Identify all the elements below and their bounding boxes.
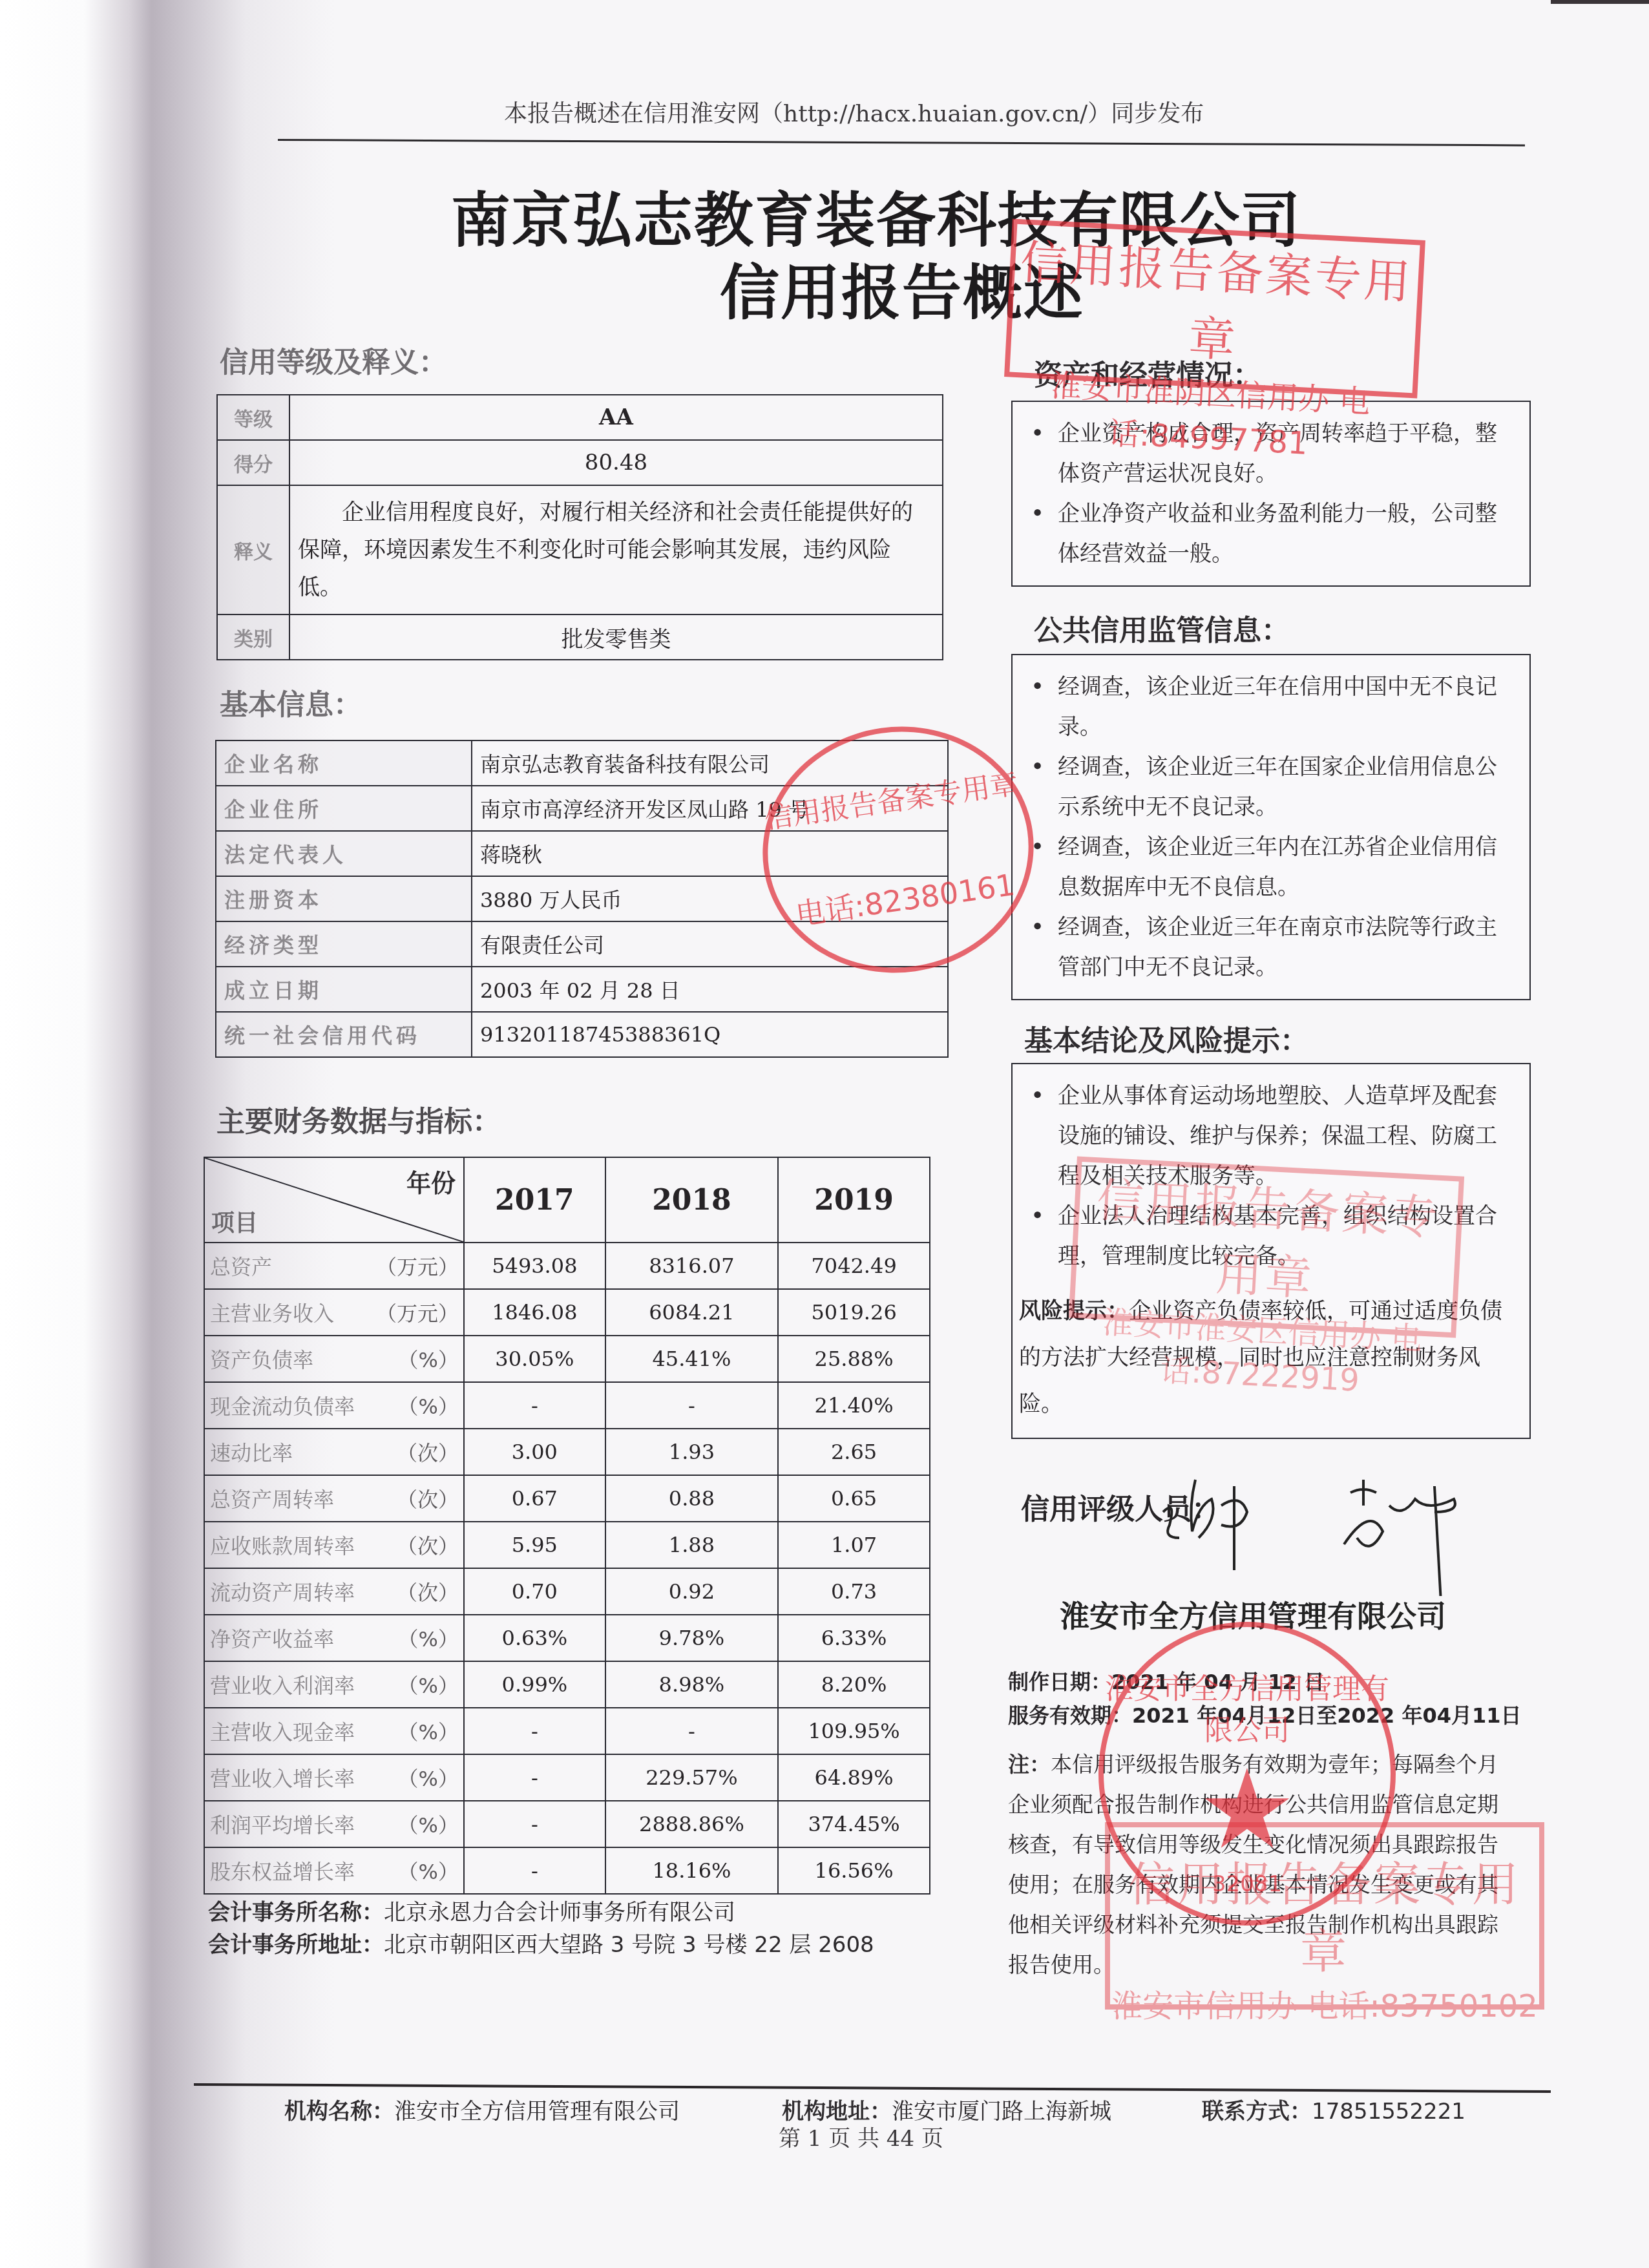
financial-value: 0.67 bbox=[464, 1475, 605, 1522]
financial-item: 主营收入现金率（%） bbox=[204, 1708, 464, 1754]
financial-value: - bbox=[605, 1382, 778, 1429]
financial-item-name: 现金流动负债率 bbox=[210, 1394, 355, 1419]
corner-cell: 年份 项目 bbox=[204, 1157, 464, 1243]
basic-info-value: 2003 年 02 月 28 日 bbox=[472, 967, 948, 1012]
score-row: 得分 80.48 bbox=[217, 440, 943, 485]
financial-row: 现金流动负债率（%）--21.40% bbox=[204, 1382, 930, 1429]
financial-item-unit: （%） bbox=[398, 1809, 463, 1839]
accounting-firm-address: 会计事务所地址：北京市朝阳区西大望路 3 号院 3 号楼 22 层 2608 bbox=[208, 1927, 874, 1958]
conclusion-heading: 基本结论及风险提示： bbox=[1024, 1018, 1308, 1059]
financial-header-row: 年份 项目 2017 2018 2019 bbox=[204, 1157, 930, 1243]
financial-table: 年份 项目 2017 2018 2019 总资产（万元）5493.088316.… bbox=[204, 1157, 930, 1895]
financial-value: 6084.21 bbox=[605, 1289, 778, 1336]
public-credit-list: 经调查，该企业近三年在信用中国中无不良记录。经调查，该企业近三年在国家企业信用信… bbox=[1013, 655, 1529, 999]
financial-item: 净资产收益率（%） bbox=[204, 1615, 464, 1661]
year-axis-label: 年份 bbox=[406, 1163, 456, 1199]
financial-value: 5.95 bbox=[464, 1522, 605, 1568]
financial-value: - bbox=[464, 1754, 605, 1801]
note-label: 注： bbox=[1008, 1752, 1051, 1777]
financial-value: 0.65 bbox=[778, 1475, 930, 1522]
basic-info-value: 南京弘志教育装备科技有限公司 bbox=[472, 740, 948, 786]
credit-grade-heading: 信用等级及释义： bbox=[220, 339, 447, 381]
year-header: 2018 bbox=[605, 1157, 778, 1243]
financial-item-name: 应收账款周转率 bbox=[210, 1534, 355, 1559]
category-row: 类别 批发零售类 bbox=[217, 614, 943, 660]
basic-info-label: 企业名称 bbox=[216, 740, 472, 786]
basic-info-label: 企业住所 bbox=[216, 786, 472, 831]
financial-value: 18.16% bbox=[605, 1847, 778, 1894]
valid-period-label: 服务有效期： bbox=[1008, 1703, 1132, 1728]
footer-contact-value: 17851552221 bbox=[1312, 2099, 1465, 2125]
financials-heading: 主要财务数据与指标： bbox=[216, 1098, 501, 1140]
financial-value: 2.65 bbox=[778, 1429, 930, 1475]
definition-value: 企业信用程度良好，对履行相关经济和社会责任能提供好的保障，环境因素发生不利变化时… bbox=[289, 485, 943, 614]
financial-row: 总资产周转率（次）0.670.880.65 bbox=[204, 1475, 930, 1522]
financial-item-name: 主营收入现金率 bbox=[210, 1720, 355, 1745]
financial-value: 45.41% bbox=[605, 1336, 778, 1382]
bullet-item: 企业资产构成合理，资产周转率趋于平稳，整体资产营运状况良好。 bbox=[1027, 414, 1517, 494]
financial-value: 25.88% bbox=[778, 1336, 930, 1382]
financial-item: 总资产周转率（次） bbox=[204, 1475, 464, 1522]
basic-info-row: 企业名称南京弘志教育装备科技有限公司 bbox=[216, 740, 948, 786]
item-axis-label: 项目 bbox=[211, 1205, 258, 1238]
financial-item-name: 总资产 bbox=[210, 1255, 272, 1279]
financial-item: 股东权益增长率（%） bbox=[204, 1847, 464, 1894]
assets-operations-list: 企业资产构成合理，资产周转率趋于平稳，整体资产营运状况良好。企业净资产收益和业务… bbox=[1013, 402, 1529, 585]
financial-value: 2888.86% bbox=[605, 1801, 778, 1847]
financial-item-unit: （次） bbox=[397, 1530, 463, 1560]
financial-value: 3.00 bbox=[464, 1429, 605, 1475]
basic-info-label: 注册资本 bbox=[216, 876, 472, 921]
financial-row: 营业收入增长率（%）-229.57%64.89% bbox=[204, 1754, 930, 1801]
financial-item: 主营业务收入（万元） bbox=[204, 1289, 464, 1336]
footer-org-label: 机构名称： bbox=[284, 2099, 394, 2125]
financial-item-unit: （次） bbox=[397, 1484, 463, 1513]
financial-item-name: 营业收入增长率 bbox=[210, 1767, 355, 1791]
financial-value: 0.63% bbox=[464, 1615, 605, 1661]
financial-item-unit: （次） bbox=[397, 1437, 463, 1467]
financial-item: 应收账款周转率（次） bbox=[204, 1522, 464, 1568]
conclusion-list: 企业从事体育运动场地塑胶、人造草坪及配套设施的铺设、维护与保养；保温工程、防腐工… bbox=[1013, 1064, 1529, 1288]
accounting-firm-address-label: 会计事务所地址： bbox=[208, 1932, 384, 1958]
assets-operations-heading: 资产和经营情况： bbox=[1034, 352, 1261, 394]
financial-item-unit: （%） bbox=[398, 1763, 463, 1792]
financial-value: 1846.08 bbox=[464, 1289, 605, 1336]
basic-info-value: 有限责任公司 bbox=[472, 921, 948, 967]
financial-item-unit: （万元） bbox=[376, 1297, 463, 1327]
financial-row: 净资产收益率（%）0.63%9.78%6.33% bbox=[204, 1615, 930, 1661]
financial-item: 速动比率（次） bbox=[204, 1429, 464, 1475]
made-date-value: 2021 年 04 月 12 日 bbox=[1111, 1670, 1325, 1694]
financial-row: 股东权益增长率（%）-18.16%16.56% bbox=[204, 1847, 930, 1894]
financial-value: 109.95% bbox=[778, 1708, 930, 1754]
scan-edge bbox=[1551, 0, 1649, 4]
financial-value: 8316.07 bbox=[605, 1243, 778, 1289]
financial-item-name: 资产负债率 bbox=[210, 1348, 313, 1372]
footer-contact: 联系方式：17851552221 bbox=[1202, 2094, 1465, 2125]
made-date: 制作日期：2021 年 04 月 12 日 bbox=[1008, 1666, 1325, 1696]
financial-row: 应收账款周转率（次）5.951.881.07 bbox=[204, 1522, 930, 1568]
financial-row: 总资产（万元）5493.088316.077042.49 bbox=[204, 1243, 930, 1289]
financial-item: 营业收入增长率（%） bbox=[204, 1754, 464, 1801]
bullet-item: 经调查，该企业近三年在信用中国中无不良记录。 bbox=[1027, 667, 1517, 747]
financial-value: 6.33% bbox=[778, 1615, 930, 1661]
financial-value: - bbox=[464, 1382, 605, 1429]
financial-value: 21.40% bbox=[778, 1382, 930, 1429]
financial-item: 流动资产周转率（次） bbox=[204, 1568, 464, 1615]
note-text: 本信用评级报告服务有效期为壹年；每隔叁个月企业须配合报告制作机构进行公共信用监管… bbox=[1008, 1752, 1498, 1977]
financial-value: 0.92 bbox=[605, 1568, 778, 1615]
basic-info-row: 法定代表人蒋晓秋 bbox=[216, 831, 948, 876]
signature-icon bbox=[1157, 1467, 1493, 1596]
category-value: 批发零售类 bbox=[289, 614, 943, 660]
financial-value: - bbox=[464, 1847, 605, 1894]
financial-value: 5493.08 bbox=[464, 1243, 605, 1289]
header-note: 本报告概述在信用淮安网（http://hacx.huaian.gov.cn/）同… bbox=[504, 96, 1204, 129]
bullet-item: 企业法人治理结构基本完善，组织结构设置合理，管理制度比较完备。 bbox=[1027, 1196, 1517, 1276]
basic-info-row: 注册资本3880 万人民币 bbox=[216, 876, 948, 921]
financial-item-unit: （次） bbox=[397, 1577, 463, 1606]
bullet-item: 经调查，该企业近三年在南京市法院等行政主管部门中无不良记录。 bbox=[1027, 907, 1517, 987]
bullet-item: 企业净资产收益和业务盈利能力一般，公司整体经营效益一般。 bbox=[1027, 494, 1517, 574]
report-subtitle: 信用报告概述 bbox=[0, 246, 1649, 331]
financial-value: - bbox=[464, 1708, 605, 1754]
public-credit-heading: 公共信用监管信息： bbox=[1034, 607, 1290, 649]
rating-agency-name: 淮安市全方信用管理有限公司 bbox=[1060, 1593, 1446, 1635]
financial-item-unit: （%） bbox=[398, 1716, 463, 1746]
bullet-item: 企业从事体育运动场地塑胶、人造草坪及配套设施的铺设、维护与保养；保温工程、防腐工… bbox=[1027, 1076, 1517, 1196]
financial-row: 主营业务收入（万元）1846.086084.215019.26 bbox=[204, 1289, 930, 1336]
risk-label: 风险提示： bbox=[1019, 1298, 1129, 1324]
financial-item-unit: （%） bbox=[398, 1344, 463, 1374]
financial-row: 流动资产周转率（次）0.700.920.73 bbox=[204, 1568, 930, 1615]
conclusion-box: 企业从事体育运动场地塑胶、人造草坪及配套设施的铺设、维护与保养；保温工程、防腐工… bbox=[1011, 1063, 1531, 1439]
public-credit-box: 经调查，该企业近三年在信用中国中无不良记录。经调查，该企业近三年在国家企业信用信… bbox=[1011, 654, 1531, 1000]
financial-item-name: 速动比率 bbox=[210, 1441, 293, 1465]
score-label: 得分 bbox=[217, 440, 289, 485]
basic-info-value: 蒋晓秋 bbox=[472, 831, 948, 876]
financial-item-name: 总资产周转率 bbox=[210, 1487, 334, 1512]
bullet-item: 经调查，该企业近三年内在江苏省企业信用信息数据库中无不良信息。 bbox=[1027, 827, 1517, 907]
financial-row: 利润平均增长率（%）-2888.86%374.45% bbox=[204, 1801, 930, 1847]
financial-value: 8.98% bbox=[605, 1661, 778, 1708]
valid-period: 服务有效期：2021 年04月12日至2022 年04月11日 bbox=[1008, 1699, 1522, 1729]
financial-row: 营业收入利润率（%）0.99%8.98%8.20% bbox=[204, 1661, 930, 1708]
bullet-item: 经调查，该企业近三年在国家企业信用信息公示系统中无不良记录。 bbox=[1027, 747, 1517, 827]
financial-value: 64.89% bbox=[778, 1754, 930, 1801]
grade-label: 等级 bbox=[217, 395, 289, 440]
year-header: 2019 bbox=[778, 1157, 930, 1243]
financial-item: 总资产（万元） bbox=[204, 1243, 464, 1289]
accounting-firm-name: 会计事务所名称：北京永恩力合会计师事务所有限公司 bbox=[208, 1895, 735, 1926]
accounting-firm-name-label: 会计事务所名称： bbox=[208, 1900, 384, 1926]
financial-row: 资产负债率（%）30.05%45.41%25.88% bbox=[204, 1336, 930, 1382]
footer-rule bbox=[194, 2083, 1551, 2093]
financial-item: 现金流动负债率（%） bbox=[204, 1382, 464, 1429]
category-label: 类别 bbox=[217, 614, 289, 660]
basic-info-row: 企业住所南京市高淳经济开发区凤山路 19 号 bbox=[216, 786, 948, 831]
financial-value: 0.88 bbox=[605, 1475, 778, 1522]
financial-value: 0.70 bbox=[464, 1568, 605, 1615]
accounting-firm-name-value: 北京永恩力合会计师事务所有限公司 bbox=[384, 1900, 735, 1926]
footer-org: 机构名称：淮安市全方信用管理有限公司 bbox=[284, 2094, 680, 2125]
financial-value: 9.78% bbox=[605, 1615, 778, 1661]
definition-row: 释义 企业信用程度良好，对履行相关经济和社会责任能提供好的保障，环境因素发生不利… bbox=[217, 485, 943, 614]
financial-item-name: 营业收入利润率 bbox=[210, 1674, 355, 1698]
header-rule bbox=[278, 139, 1525, 146]
financial-value: 374.45% bbox=[778, 1801, 930, 1847]
basic-info-value: 91320118745388361Q bbox=[472, 1012, 948, 1057]
accounting-firm-address-value: 北京市朝阳区西大望路 3 号院 3 号楼 22 层 2608 bbox=[384, 1932, 874, 1958]
risk-warning: 风险提示：企业资产负债率较低，可通过适度负债的方法扩大经营规模，同时也应注意控制… bbox=[1013, 1288, 1529, 1438]
valid-period-value: 2021 年04月12日至2022 年04月11日 bbox=[1132, 1703, 1522, 1728]
financial-item-unit: （%） bbox=[398, 1623, 463, 1653]
financial-value: 1.88 bbox=[605, 1522, 778, 1568]
assets-operations-box: 企业资产构成合理，资产周转率趋于平稳，整体资产营运状况良好。企业净资产收益和业务… bbox=[1011, 401, 1531, 587]
financial-value: 1.93 bbox=[605, 1429, 778, 1475]
score-value: 80.48 bbox=[289, 440, 943, 485]
basic-info-heading: 基本信息： bbox=[220, 682, 362, 723]
financial-item-unit: （%） bbox=[398, 1391, 463, 1420]
basic-info-row: 统一社会信用代码91320118745388361Q bbox=[216, 1012, 948, 1057]
page-number: 第 1 页 共 44 页 bbox=[779, 2121, 943, 2152]
basic-info-label: 法定代表人 bbox=[216, 831, 472, 876]
basic-info-label: 成立日期 bbox=[216, 967, 472, 1012]
financial-item-unit: （%） bbox=[398, 1856, 463, 1885]
basic-info-row: 成立日期2003 年 02 月 28 日 bbox=[216, 967, 948, 1012]
financial-value: 1.07 bbox=[778, 1522, 930, 1568]
financial-row: 主营收入现金率（%）--109.95% bbox=[204, 1708, 930, 1754]
made-date-label: 制作日期： bbox=[1008, 1670, 1111, 1694]
financial-item-name: 利润平均增长率 bbox=[210, 1813, 355, 1838]
basic-info-label: 统一社会信用代码 bbox=[216, 1012, 472, 1057]
footer-org-value: 淮安市全方信用管理有限公司 bbox=[394, 2099, 680, 2125]
grade-value: AA bbox=[289, 395, 943, 440]
financial-item-name: 主营业务收入 bbox=[210, 1301, 334, 1326]
stamp-text: 淮安市信用办 电话:83750102 bbox=[1110, 1981, 1539, 2026]
footer-contact-label: 联系方式： bbox=[1202, 2099, 1312, 2125]
financial-value: 7042.49 bbox=[778, 1243, 930, 1289]
year-header: 2017 bbox=[464, 1157, 605, 1243]
financial-value: 16.56% bbox=[778, 1847, 930, 1894]
financial-item-unit: （%） bbox=[398, 1670, 463, 1699]
financial-value: 8.20% bbox=[778, 1661, 930, 1708]
financial-item-name: 净资产收益率 bbox=[210, 1627, 334, 1652]
financial-value: - bbox=[605, 1708, 778, 1754]
financial-value: 0.99% bbox=[464, 1661, 605, 1708]
credit-grade-table: 等级 AA 得分 80.48 释义 企业信用程度良好，对履行相关经济和社会责任能… bbox=[216, 394, 943, 660]
financial-item: 利润平均增长率（%） bbox=[204, 1801, 464, 1847]
validity-note: 注：本信用评级报告服务有效期为壹年；每隔叁个月企业须配合报告制作机构进行公共信用… bbox=[1008, 1745, 1518, 1985]
basic-info-row: 经济类型有限责任公司 bbox=[216, 921, 948, 967]
grade-row: 等级 AA bbox=[217, 395, 943, 440]
basic-info-value: 南京市高淳经济开发区凤山路 19 号 bbox=[472, 786, 948, 831]
financial-item: 资产负债率（%） bbox=[204, 1336, 464, 1382]
basic-info-label: 经济类型 bbox=[216, 921, 472, 967]
basic-info-value: 3880 万人民币 bbox=[472, 876, 948, 921]
financial-value: 0.73 bbox=[778, 1568, 930, 1615]
financial-value: 5019.26 bbox=[778, 1289, 930, 1336]
financial-row: 速动比率（次）3.001.932.65 bbox=[204, 1429, 930, 1475]
basic-info-table: 企业名称南京弘志教育装备科技有限公司企业住所南京市高淳经济开发区凤山路 19 号… bbox=[215, 740, 949, 1058]
financial-value: - bbox=[464, 1801, 605, 1847]
financial-item-name: 股东权益增长率 bbox=[210, 1860, 355, 1884]
financial-item: 营业收入利润率（%） bbox=[204, 1661, 464, 1708]
financial-value: 229.57% bbox=[605, 1754, 778, 1801]
financial-item-name: 流动资产周转率 bbox=[210, 1580, 355, 1605]
financial-value: 30.05% bbox=[464, 1336, 605, 1382]
definition-label: 释义 bbox=[217, 485, 289, 614]
financial-item-unit: （万元） bbox=[376, 1251, 463, 1281]
